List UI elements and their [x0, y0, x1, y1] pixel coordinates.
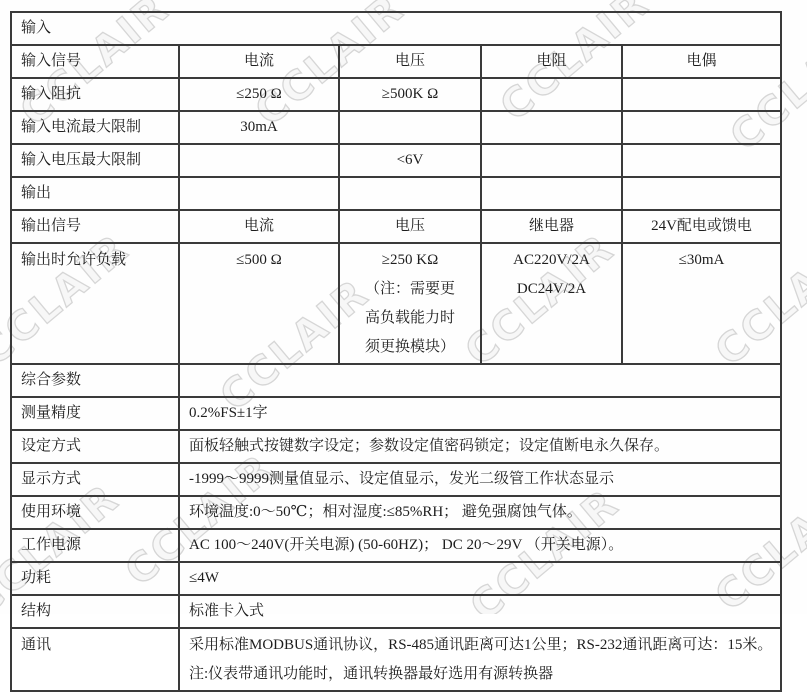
- table-row-input-voltage-max-limit: 输入电压最大限制<6V: [11, 144, 781, 177]
- table-row-output-allowed-load: 输出时允许负载≤500 Ω≥250 KΩ （注：需要更 高负载能力时 须更换模块…: [11, 243, 781, 364]
- table-cell: ≤4W: [179, 562, 781, 595]
- table-cell: -1999～9999测量值显示、设定值显示，发光二级管工作状态显示: [179, 463, 781, 496]
- table-cell: 设定方式: [11, 430, 179, 463]
- table-row-output-section-header: 输出: [11, 177, 781, 210]
- table-cell: 综合参数: [11, 364, 179, 397]
- table-cell: 0.2%FS±1字: [179, 397, 781, 430]
- table-cell: 输入电压最大限制: [11, 144, 179, 177]
- table-cell: 面板轻触式按键数字设定；参数设定值密码锁定；设定值断电永久保存。: [179, 430, 781, 463]
- spec-table-body: 输入输入信号电流电压电阻电偶输入阻抗≤250 Ω≥500K Ω输入电流最大限制3…: [11, 12, 781, 614]
- table-cell: [481, 144, 622, 177]
- table-row-input-signal: 输入信号电流电压电阻电偶: [11, 45, 781, 78]
- table-cell: [339, 177, 481, 210]
- table-row-input-current-max-limit: 输入电流最大限制30mA: [11, 111, 781, 144]
- table-cell: 电阻: [481, 45, 622, 78]
- table-cell: 结构: [11, 595, 179, 614]
- table-cell: [179, 364, 781, 397]
- spec-sheet-page: CCLAIRCCLAIRCCLAIRCCLAIRCCLAIRCCLAIRCCLA…: [0, 0, 807, 614]
- table-cell: [622, 177, 781, 210]
- table-cell: 输入信号: [11, 45, 179, 78]
- table-cell: 环境温度:0～50℃；相对湿度:≤85%RH； 避免强腐蚀气体。: [179, 496, 781, 529]
- table-row-structure: 结构标准卡入式: [11, 595, 781, 614]
- table-cell: 功耗: [11, 562, 179, 595]
- table-cell: 显示方式: [11, 463, 179, 496]
- table-cell: 电压: [339, 45, 481, 78]
- table-cell: 输出信号: [11, 210, 179, 243]
- table-cell: 工作电源: [11, 529, 179, 562]
- table-cell: [179, 144, 339, 177]
- table-cell: AC 100～240V(开关电源) (50-60HZ)； DC 20～29V （…: [179, 529, 781, 562]
- table-cell: ≤500 Ω: [179, 243, 339, 364]
- table-cell: [481, 78, 622, 111]
- table-cell: ≥250 KΩ （注：需要更 高负载能力时 须更换模块）: [339, 243, 481, 364]
- table-row-operating-environment: 使用环境环境温度:0～50℃；相对湿度:≤85%RH； 避免强腐蚀气体。: [11, 496, 781, 529]
- table-row-display-method: 显示方式-1999～9999测量值显示、设定值显示，发光二级管工作状态显示: [11, 463, 781, 496]
- table-cell: 输入阻抗: [11, 78, 179, 111]
- table-row-working-power: 工作电源AC 100～240V(开关电源) (50-60HZ)； DC 20～2…: [11, 529, 781, 562]
- table-cell: ≤250 Ω: [179, 78, 339, 111]
- table-cell: 输出时允许负载: [11, 243, 179, 364]
- table-cell: 标准卡入式: [179, 595, 781, 614]
- table-row-general-params-section-header: 综合参数: [11, 364, 781, 397]
- table-cell: [622, 78, 781, 111]
- table-cell: 测量精度: [11, 397, 179, 430]
- table-row-measurement-accuracy: 测量精度0.2%FS±1字: [11, 397, 781, 430]
- table-cell: 继电器: [481, 210, 622, 243]
- table-cell: 24V配电或馈电: [622, 210, 781, 243]
- table-cell: <6V: [339, 144, 481, 177]
- table-cell: 使用环境: [11, 496, 179, 529]
- table-cell: [179, 177, 339, 210]
- table-cell: 30mA: [179, 111, 339, 144]
- spec-table: 输入输入信号电流电压电阻电偶输入阻抗≤250 Ω≥500K Ω输入电流最大限制3…: [10, 11, 782, 614]
- table-cell: ≤30mA: [622, 243, 781, 364]
- table-cell: [622, 111, 781, 144]
- table-cell: 输入: [11, 12, 781, 45]
- table-cell: 电压: [339, 210, 481, 243]
- table-row-power-consumption: 功耗≤4W: [11, 562, 781, 595]
- table-row-input-section-header: 输入: [11, 12, 781, 45]
- table-cell: 输出: [11, 177, 179, 210]
- table-cell: [481, 111, 622, 144]
- table-cell: 输入电流最大限制: [11, 111, 179, 144]
- table-row-setting-method: 设定方式面板轻触式按键数字设定；参数设定值密码锁定；设定值断电永久保存。: [11, 430, 781, 463]
- table-row-input-impedance: 输入阻抗≤250 Ω≥500K Ω: [11, 78, 781, 111]
- table-cell: 电偶: [622, 45, 781, 78]
- table-cell: [481, 177, 622, 210]
- table-cell: ≥500K Ω: [339, 78, 481, 111]
- table-cell: [622, 144, 781, 177]
- table-row-output-signal: 输出信号电流电压继电器24V配电或馈电: [11, 210, 781, 243]
- table-cell: AC220V/2A DC24V/2A: [481, 243, 622, 364]
- table-cell: [339, 111, 481, 144]
- table-cell: 电流: [179, 45, 339, 78]
- table-cell: 电流: [179, 210, 339, 243]
